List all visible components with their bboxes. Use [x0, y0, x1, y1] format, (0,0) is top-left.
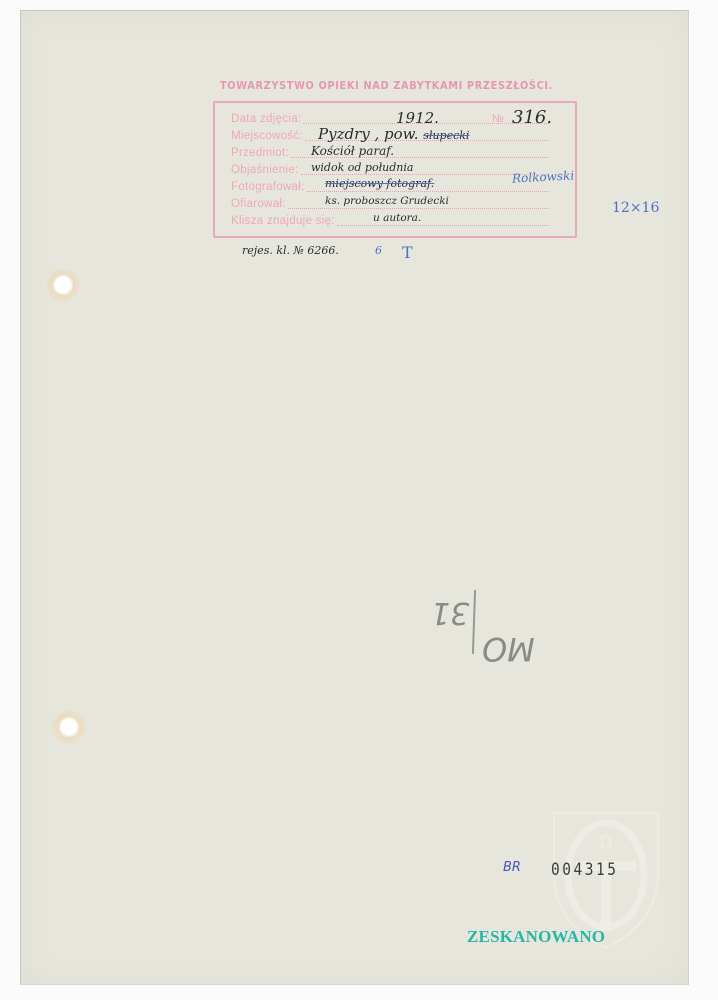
field-donor-value: ks. proboszcz Grudecki: [325, 195, 449, 207]
field-photographer-struck-value: miejscowy fotograf.: [325, 177, 434, 190]
field-label: Przedmiot:: [231, 147, 289, 160]
size-note: 12×16: [612, 200, 659, 216]
field-label: Miejscowość:: [231, 130, 303, 143]
place-struck-value: słupecki: [423, 129, 469, 142]
svg-text:n: n: [598, 826, 613, 854]
number-label: №: [492, 113, 504, 125]
place-value: Pyzdry , pow.: [318, 125, 423, 143]
register-mark: T: [402, 243, 413, 262]
field-label: Ofiarował:: [231, 198, 286, 211]
punch-hole-bottom: [52, 710, 86, 744]
field-place-value: Pyzdry , pow. słupecki: [318, 125, 469, 143]
pencil-note-number: 31: [431, 595, 469, 630]
field-label: Data zdjęcia:: [231, 113, 301, 126]
number-value: 316.: [512, 107, 552, 128]
serial-number: 004315: [551, 860, 619, 880]
field-label: Objaśnienie:: [231, 164, 299, 177]
pencil-note-letters: MO: [482, 630, 535, 668]
serial-prefix: BR: [503, 860, 521, 875]
register-note: rejes. kl. № 6266.: [242, 244, 339, 257]
field-description-value: widok od południa: [311, 161, 413, 174]
field-line: [337, 211, 549, 226]
punch-hole-top: [46, 268, 80, 302]
field-label: Klisza znajduje się:: [231, 215, 335, 228]
field-label: Fotografował:: [231, 181, 305, 194]
field-subject-value: Kościół paraf.: [311, 144, 394, 158]
stamp-title: TOWARZYSTWO OPIEKI NAD ZABYTKAMI PRZESZŁ…: [220, 80, 564, 92]
field-negative-location-value: u autora.: [373, 212, 421, 224]
scanned-stamp: ZESKANOWANO: [467, 927, 605, 947]
register-suffix: 6: [375, 244, 382, 257]
